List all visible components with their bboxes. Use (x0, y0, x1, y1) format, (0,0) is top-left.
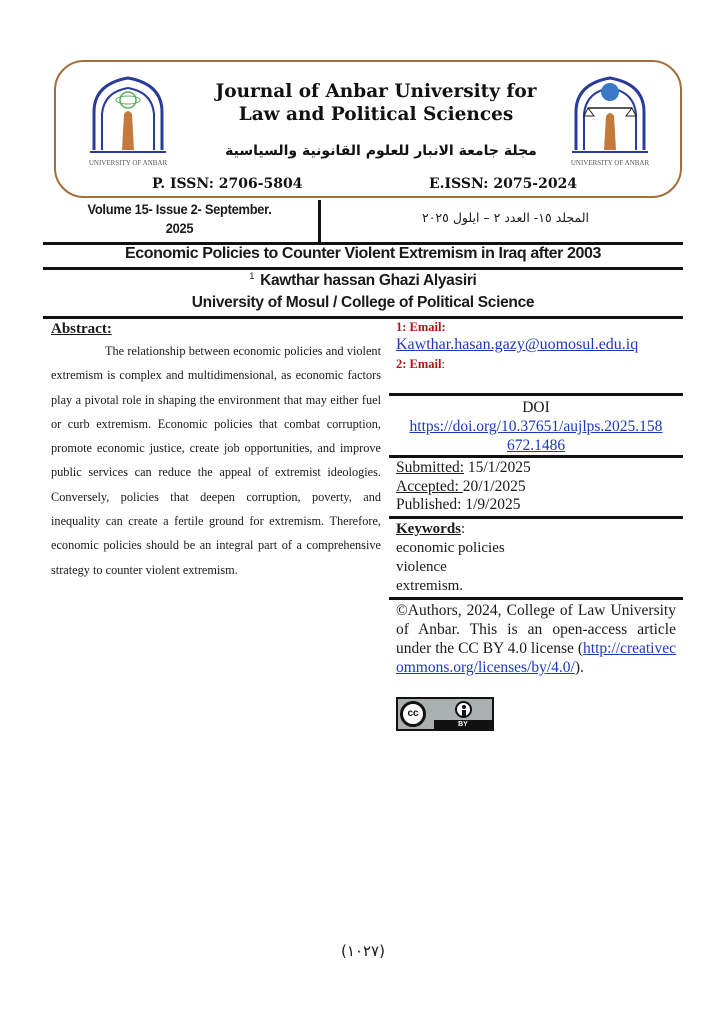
attribution-person-icon (455, 701, 472, 718)
author-name: 1Kawthar hassan Ghazi Alyasiri (43, 271, 683, 290)
submitted-date: Submitted: 15/1/2025 (396, 459, 683, 478)
creative-commons-by-badge[interactable]: cc BY (396, 697, 494, 731)
divider (43, 267, 683, 270)
author-marker: 1 (249, 271, 254, 281)
email2-label-text: 2: Email (396, 357, 441, 371)
abstract-text: The relationship between economic polici… (51, 339, 381, 582)
volume-line1: Volume 15- Issue 2- September. (54, 200, 305, 219)
cc-icon: cc (400, 701, 426, 727)
svg-text:UNIVERSITY OF ANBAR: UNIVERSITY OF ANBAR (89, 159, 168, 167)
keyword-item: violence (396, 558, 683, 577)
journal-title: Journal of Anbar University for Law and … (186, 80, 566, 126)
journal-title-line2: Law and Political Sciences (186, 103, 566, 126)
license-section: ©Authors, 2024, College of Law Universit… (396, 601, 676, 677)
keywords-colon: : (461, 521, 465, 537)
doi-label: DOI (389, 398, 683, 417)
university-logo-right: UNIVERSITY OF ANBAR (558, 70, 662, 170)
doi-link-line1[interactable]: https://doi.org/10.37651/aujlps.2025.158 (389, 417, 683, 436)
license-end: ). (575, 659, 584, 676)
article-title: Economic Policies to Counter Violent Ext… (43, 245, 683, 263)
volume-row: Volume 15- Issue 2- September. 2025 المج… (43, 200, 683, 242)
published-value: 1/9/2025 (461, 496, 520, 513)
submitted-value: 15/1/2025 (464, 459, 531, 476)
volume-line2: 2025 (54, 219, 305, 238)
divider (389, 597, 683, 600)
page-number: (١٠٢٧) (330, 942, 396, 960)
by-label: BY (434, 720, 492, 729)
volume-issue-arabic: المجلد ١٥- العدد ٢ – ايلول ٢٠٢٥ (333, 210, 678, 225)
electronic-issn: E.ISSN: 2075-2024 (429, 176, 577, 192)
email-section: 1: Email: Kawthar.hasan.gazy@uomosul.edu… (389, 320, 683, 372)
accepted-value: 20/1/2025 (463, 478, 526, 495)
published-label: Published: (396, 496, 461, 513)
published-date: Published: 1/9/2025 (396, 496, 683, 515)
anbar-university-logo-icon: UNIVERSITY OF ANBAR (76, 70, 180, 170)
doi-link-line2[interactable]: 672.1486 (389, 436, 683, 455)
email2-label: 2: Email: (396, 357, 683, 372)
volume-divider (318, 200, 321, 242)
email1-label: 1: Email: (396, 320, 683, 335)
accepted-date: Accepted: 20/1/2025 (396, 478, 683, 497)
divider (389, 516, 683, 519)
author-text: Kawthar hassan Ghazi Alyasiri (260, 272, 476, 289)
doi-section: DOI https://doi.org/10.37651/aujlps.2025… (389, 398, 683, 455)
author-affiliation: University of Mosul / College of Politic… (43, 294, 683, 312)
abstract-section: Abstract: The relationship between econo… (51, 320, 381, 582)
keyword-item: economic policies (396, 539, 683, 558)
law-college-logo-icon: UNIVERSITY OF ANBAR (558, 70, 662, 170)
university-logo-left: UNIVERSITY OF ANBAR (76, 70, 180, 170)
keywords-label: Keywords (396, 521, 461, 537)
submitted-label: Submitted: (396, 459, 464, 476)
divider (389, 455, 683, 458)
divider (43, 316, 683, 319)
journal-banner: UNIVERSITY OF ANBAR UNIVERSITY OF ANBAR … (54, 60, 682, 198)
abstract-heading: Abstract: (51, 320, 381, 338)
dates-section: Submitted: 15/1/2025 Accepted: 20/1/2025… (396, 459, 683, 515)
svg-text:UNIVERSITY OF ANBAR: UNIVERSITY OF ANBAR (571, 159, 650, 167)
print-issn: P. ISSN: 2706-5804 (152, 176, 303, 192)
email1-link[interactable]: Kawthar.hasan.gazy@uomosul.edu.iq (396, 335, 683, 354)
divider (389, 393, 683, 396)
keyword-item: extremism. (396, 577, 683, 596)
journal-title-line1: Journal of Anbar University for (186, 80, 566, 103)
email2-colon: : (441, 357, 444, 371)
keywords-heading: Keywords: (396, 520, 683, 539)
keywords-section: Keywords: economic policies violence ext… (396, 520, 683, 596)
accepted-label: Accepted: (396, 478, 463, 495)
journal-title-arabic: مجلة جامعة الانبار للعلوم القانونية والس… (206, 143, 556, 159)
volume-issue-english: Volume 15- Issue 2- September. 2025 (54, 200, 305, 238)
